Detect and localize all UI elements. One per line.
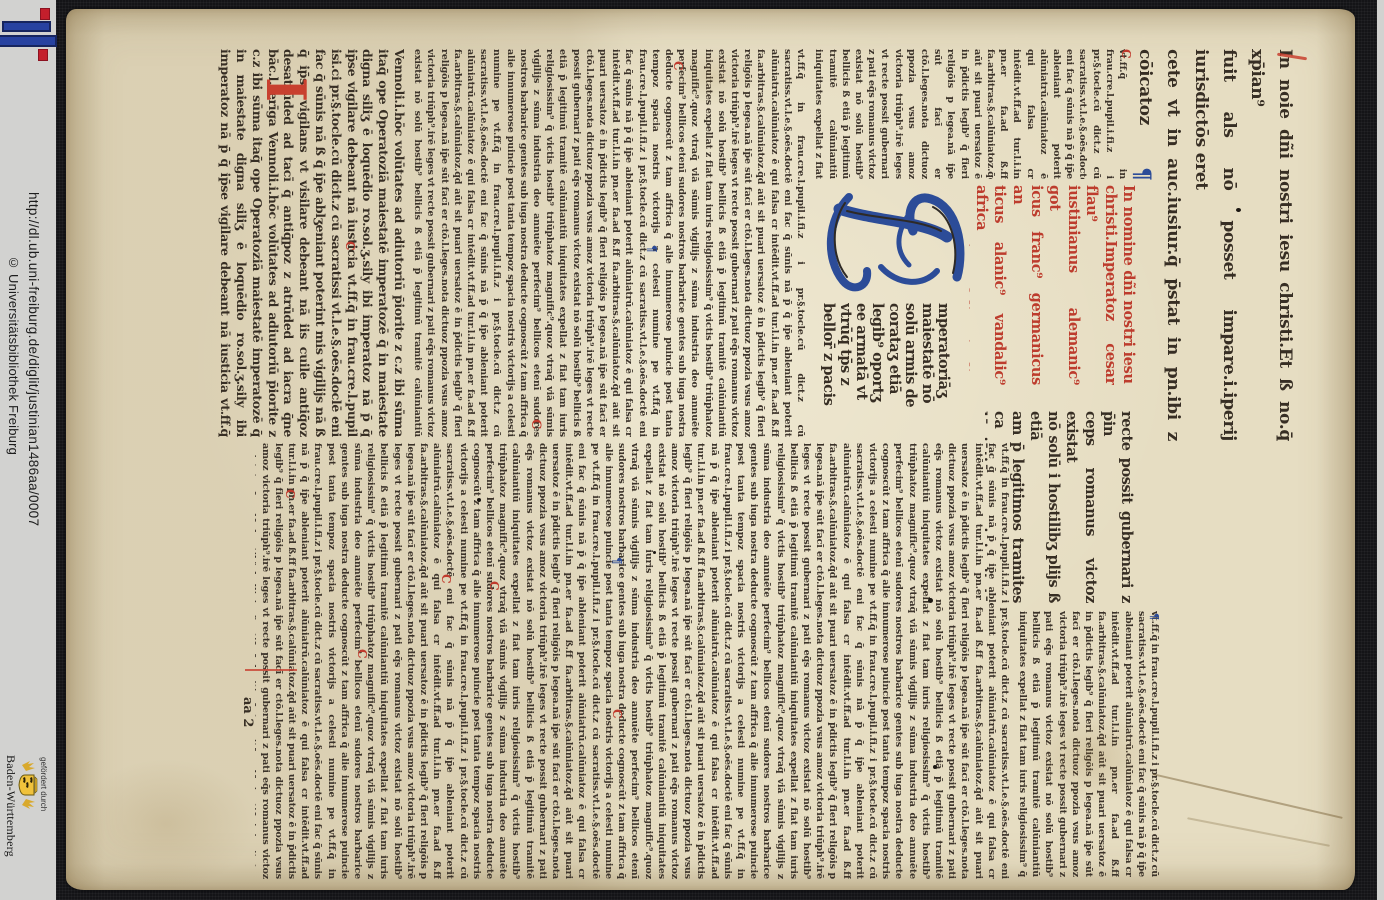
baden-wuerttemberg-coat-of-arms <box>18 759 38 811</box>
funding-block: gefördert durch Baden-Württemberg <box>2 753 48 877</box>
logo-blue-bar-short <box>2 21 51 32</box>
logo-red-square-bottom <box>38 49 48 61</box>
rubric-pilcrow: ¶ <box>1129 167 1155 181</box>
red-paragraph-mark: C <box>439 574 453 584</box>
ink-speck <box>1236 208 1241 212</box>
ink-speck <box>928 598 933 603</box>
logo-red-square-top <box>40 8 50 20</box>
gloss-left-column-body: vt.ff.q̄ in frau.cre.l.pupil.i.fi.z i pr… <box>411 49 807 437</box>
ink-speck <box>933 765 937 769</box>
red-paragraph-mark: C <box>355 649 369 659</box>
digitized-book-viewer: http://dl.ub.uni-freiburg.de/diglit/just… <box>0 0 1384 900</box>
blue-paragraph-mark: ¶ <box>645 245 659 253</box>
copyright-notice: © Universitätsbibliothek Freiburg <box>6 255 21 455</box>
foxing-stain <box>1026 709 1156 804</box>
ub-freiburg-logo <box>0 6 56 66</box>
ink-speck <box>653 551 656 554</box>
library-frame-sidebar: http://dl.ub.uni-freiburg.de/diglit/just… <box>0 0 56 900</box>
incipit-gloss: In noie dñi nostri iesu christi.Et ß no.… <box>1127 49 1299 441</box>
blue-paragraph-mark: ¶ <box>1148 613 1161 620</box>
left-column-bottom-text: Vennoli.i.hōc volūtates ad adiutoriū p̄i… <box>217 49 407 437</box>
decorated-initial-I <box>821 177 967 299</box>
red-paragraph-mark: C <box>1119 49 1133 59</box>
red-rubric: In nomine dñi nostri iesu christi.Impera… <box>969 185 1137 385</box>
red-paragraph-mark: C <box>343 241 357 251</box>
corner-darkening <box>76 759 256 889</box>
prooemium-opening-text: mperatoriāʒ maiestatē nō solū armis de c… <box>819 303 951 413</box>
page-content-rotated: In noie dñi nostri iesu christi.Et ß no.… <box>66 9 1355 890</box>
red-paragraph-mark: C <box>528 419 543 429</box>
quire-signature: aa 2 <box>240 697 255 727</box>
scan-background: In noie dñi nostri iesu christi.Et ß no.… <box>56 0 1377 900</box>
red-lombard-initial: I <box>257 77 315 102</box>
gloss-left-strip: vt.ff.q̄ in frau.cre.l.pupil.i.fi.z i pr… <box>811 49 1129 179</box>
funding-label: gefördert durch <box>39 757 48 877</box>
red-paragraph-mark: C <box>610 709 624 719</box>
logo-blue-bar-long <box>0 35 57 47</box>
blue-paragraph-mark: ¶ <box>610 557 624 565</box>
ink-speck <box>477 498 481 502</box>
red-paragraph-mark: C <box>283 489 297 499</box>
funding-state-name: Baden-Württemberg <box>3 755 18 877</box>
rubrication-stroke <box>245 669 297 671</box>
manuscript-page: In noie dñi nostri iesu christi.Et ß no.… <box>66 9 1355 890</box>
gloss-right-column-body: vt.ff.q̄ in frau.cre.l.pupil.i.fi.z i pr… <box>255 443 1011 879</box>
persistent-url: http://dl.ub.uni-freiburg.de/diglit/just… <box>26 192 41 526</box>
red-paragraph-mark: C <box>487 581 501 591</box>
foxing-stain <box>666 47 761 105</box>
